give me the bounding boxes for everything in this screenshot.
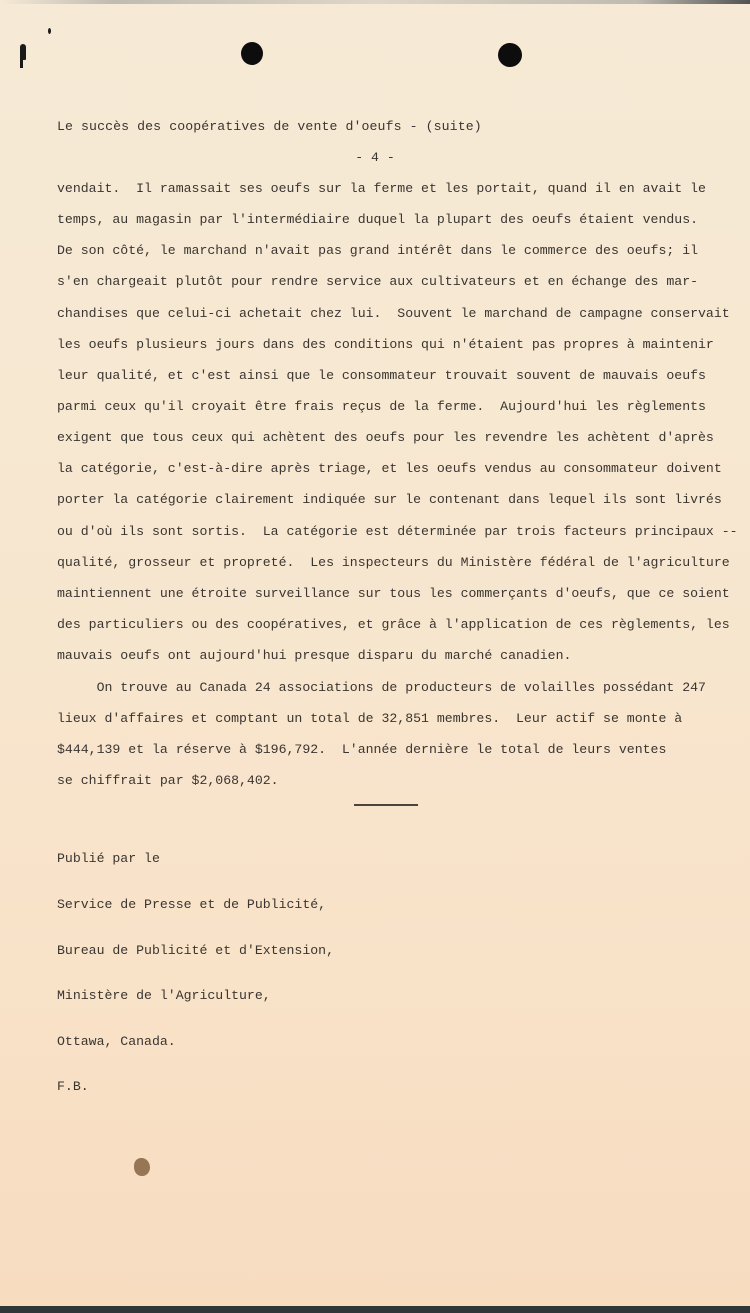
section-separator [354,804,418,806]
body-line: De son côté, le marchand n'avait pas gra… [57,243,698,258]
ink-mark [48,28,51,34]
body-line: porter la catégorie clairement indiquée … [57,492,722,507]
body-line: des particuliers ou des coopératives, et… [57,617,730,632]
publisher-line: Service de Presse et de Publicité, [57,897,334,912]
scan-top-edge [0,0,750,4]
scan-bottom-edge [0,1306,750,1313]
body-line: se chiffrait par $2,068,402. [57,773,279,788]
body-line: s'en chargeait plutôt pour rendre servic… [57,274,698,289]
body-line: exigent que tous ceux qui achètent des o… [57,430,714,445]
publisher-line: Ministère de l'Agriculture, [57,988,334,1003]
body-line: $444,139 et la réserve à $196,792. L'ann… [57,742,666,757]
body-line: parmi ceux qu'il croyait être frais reçu… [57,399,706,414]
body-line: leur qualité, et c'est ainsi que le cons… [57,368,706,383]
body-line: vendait. Il ramassait ses oeufs sur la f… [57,181,706,196]
body-line: maintiennent une étroite surveillance su… [57,586,730,601]
body-line: mauvais oeufs ont aujourd'hui presque di… [57,648,571,663]
body-line: la catégorie, c'est-à-dire après triage,… [57,461,722,476]
body-line: ou d'où ils sont sortis. La catégorie es… [57,524,738,539]
body-line: les oeufs plusieurs jours dans des condi… [57,337,714,352]
body-line: qualité, grosseur et propreté. Les inspe… [57,555,730,570]
running-header: Le succès des coopératives de vente d'oe… [57,119,482,134]
publisher-line: F.B. [57,1079,334,1094]
body-line: temps, au magasin par l'intermédiaire du… [57,212,698,227]
publisher-line: Bureau de Publicité et d'Extension, [57,943,334,958]
body-line: chandises que celui-ci achetait chez lui… [57,306,730,321]
publisher-line: Ottawa, Canada. [57,1034,334,1049]
punch-hole-left [241,42,263,65]
paper-stain [134,1158,150,1176]
body-line: lieux d'affaires et comptant un total de… [57,711,682,726]
publisher-line: Publié par le [57,851,334,866]
ink-mark [20,58,23,68]
document-page: Le succès des coopératives de vente d'oe… [0,0,750,1306]
publisher-block: Publié par le Service de Presse et de Pu… [57,821,334,1125]
punch-hole-right [498,43,522,67]
body-line: On trouve au Canada 24 associations de p… [57,680,706,695]
page-number: - 4 - [0,150,750,165]
